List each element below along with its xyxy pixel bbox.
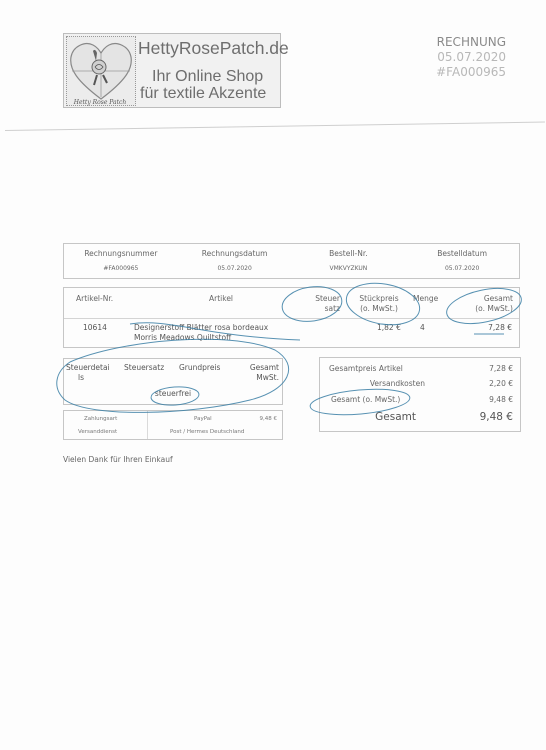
col-article-no: Artikel-Nr. <box>76 294 113 304</box>
col-tax-rate: Steuersatz <box>124 363 164 373</box>
invoice-number: #FA000965 <box>436 65 506 80</box>
invoice-date: 05.07.2020 <box>436 50 506 65</box>
logo-signature: Hetty Rose Patch <box>66 99 134 106</box>
value-invoice-number: #FA000965 <box>64 265 178 272</box>
row-divider <box>64 318 519 319</box>
shop-logo: Hetty Rose Patch HettyRosePatch.de Ihr O… <box>63 33 281 108</box>
payment-method-label: Zahlungsart <box>84 416 117 422</box>
col-tax-rate: Steuer satz <box>310 294 340 314</box>
summary-row-items: Gesamtpreis Artikel 7,28 € <box>320 364 520 376</box>
shop-tagline-1: Ihr Online Shop <box>152 68 263 86</box>
summary-row-grand-total: Gesamt 9,48 € <box>320 411 520 423</box>
item-article-no: 10614 <box>83 323 107 333</box>
payment-amount: 9,48 € <box>260 416 278 422</box>
items-table: Artikel-Nr. Artikel Steuer satz Stückpre… <box>63 287 520 348</box>
item-article-name: Designerstoff Blätter rosa bordeaux Morr… <box>134 323 268 343</box>
item-quantity: 4 <box>420 323 425 333</box>
document-type: RECHNUNG <box>436 35 506 50</box>
summary-row-shipping: Versandkosten 2,20 € <box>320 379 520 391</box>
value-order-number: VMKVYZKUN <box>292 265 406 272</box>
heart-rose-icon <box>66 36 136 106</box>
summary-row-net-total: Gesamt (o. MwSt.) 9,48 € <box>320 395 520 407</box>
col-base-price: Grundpreis <box>179 363 220 373</box>
col-unit-price: Stückpreis (o. MwSt.) <box>356 294 402 314</box>
shop-domain: HettyRosePatch.de <box>138 38 289 59</box>
col-tax-details: Steuerdetai ls <box>66 363 110 383</box>
shipping-value: Post / Hermes Deutschland <box>170 429 244 435</box>
thank-you-message: Vielen Dank für Ihren Einkauf <box>63 455 173 464</box>
header-invoice-number: Rechnungsnummer <box>64 249 178 258</box>
header-order-number: Bestell-Nr. <box>292 249 406 258</box>
header-order-date: Bestelldatum <box>405 249 519 258</box>
col-total-vat: Gesamt MwSt. <box>250 363 279 383</box>
payment-method-value: PayPal <box>194 416 212 422</box>
order-info-table: Rechnungsnummer Rechnungsdatum Bestell-N… <box>63 243 520 279</box>
invoice-heading: RECHNUNG 05.07.2020 #FA000965 <box>436 35 506 80</box>
tax-details-table: Steuerdetai ls Steuersatz Grundpreis Ges… <box>63 358 283 405</box>
col-total: Gesamt (o. MwSt.) <box>475 294 513 314</box>
col-article: Artikel <box>209 294 233 304</box>
item-unit-price: 1,82 € <box>377 323 401 333</box>
scan-fold-line <box>5 122 545 131</box>
shipping-label: Versanddienst <box>78 429 117 435</box>
col-quantity: Menge <box>413 294 438 304</box>
value-order-date: 05.07.2020 <box>405 265 519 272</box>
header-invoice-date: Rechnungsdatum <box>178 249 292 258</box>
item-total: 7,28 € <box>488 323 512 333</box>
value-invoice-date: 05.07.2020 <box>178 265 292 272</box>
payment-table: Zahlungsart PayPal 9,48 € Versanddienst … <box>63 410 283 440</box>
shop-tagline-2: für textile Akzente <box>140 85 266 103</box>
tax-status: steuerfrei <box>64 389 282 398</box>
summary-table: Gesamtpreis Artikel 7,28 € Versandkosten… <box>319 357 521 432</box>
